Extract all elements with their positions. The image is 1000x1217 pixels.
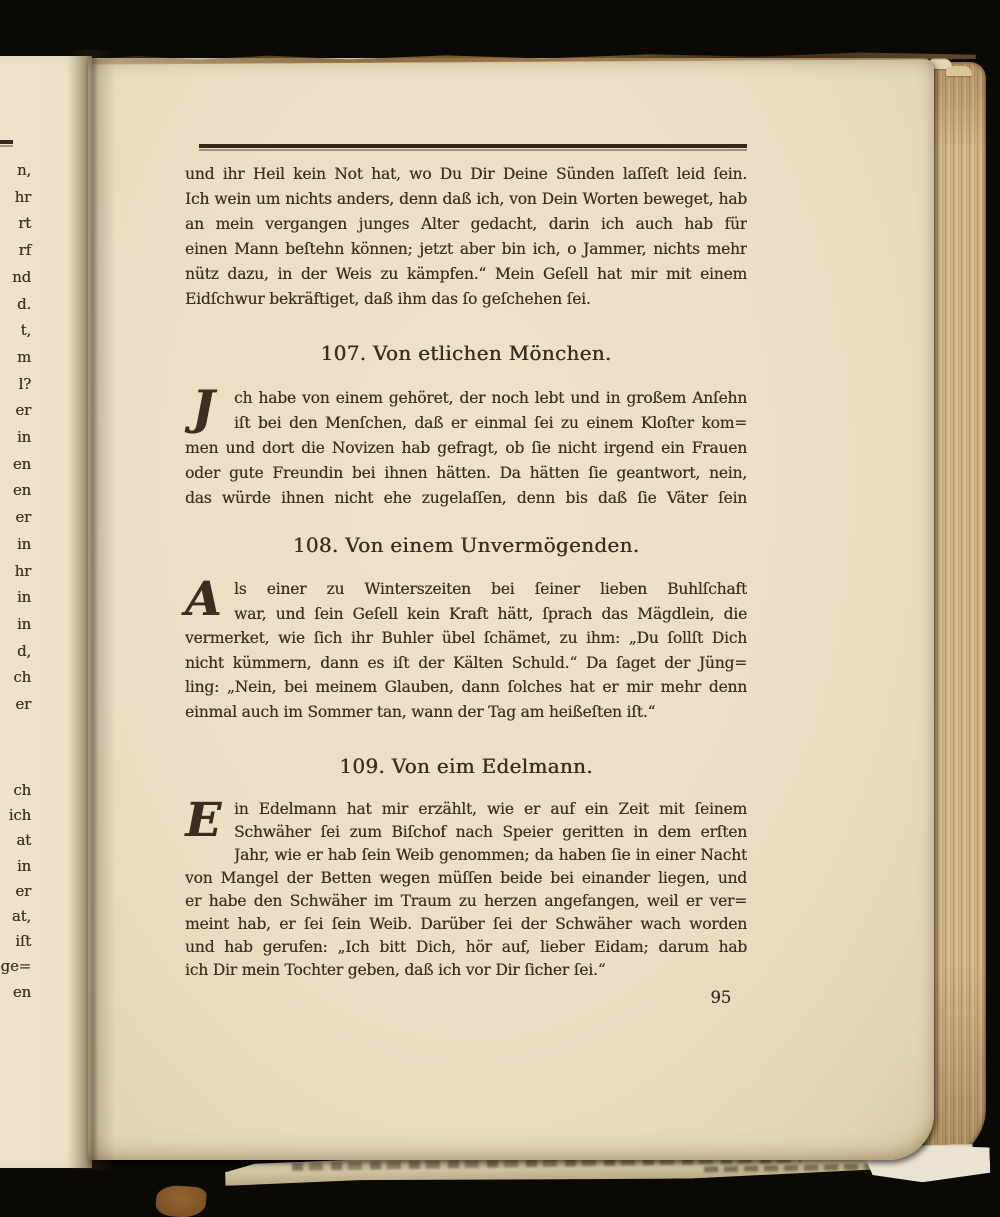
page-content: und ihr Heil kein Not hat, wo Du Dir Dei… (0, 0, 1000, 1217)
paragraph-line: und ihr Heil kein Not hat, wo Du Dir Dei… (185, 162, 747, 187)
section-109-paragraph: E in Edelmann hat mir erzählt, wie er au… (185, 798, 747, 982)
paragraph-line: nütz dazu, in der Weis zu kämpfen.“ Mein… (185, 262, 747, 287)
paragraph-line: in Edelmann hat mir erzählt, wie er auf … (234, 798, 747, 821)
paragraph-line: Jahr, wie er hab ſein Weib genommen; da … (234, 844, 747, 867)
paragraph-line: vermerket, wie ſich ihr Buhler übel ſchä… (185, 626, 747, 651)
section-107-paragraph: J ch habe von einem gehöret, der noch le… (185, 386, 747, 511)
intro-paragraph: und ihr Heil kein Not hat, wo Du Dir Dei… (185, 162, 747, 312)
paragraph-line: oder gute Freundin bei ihnen hätten. Da … (185, 461, 747, 486)
paragraph-line: Eidſchwur bekräftiget, daß ihm das ſo ge… (185, 287, 747, 312)
drop-cap-108: A (181, 577, 225, 626)
paragraph-line: Schwäher ſei zum Biſchof nach Speier ger… (234, 821, 747, 844)
section-108-paragraph: A ls einer zu Winterszeiten bei ſeiner l… (185, 577, 747, 724)
paragraph-line: nicht kümmern, dann es iſt der Kälten Sc… (185, 651, 747, 676)
paragraph-line: er habe den Schwäher im Traum zu herzen … (185, 890, 747, 913)
drop-cap-109: E (181, 798, 225, 847)
paragraph-line: an mein vergangen junges Alter gedacht, … (185, 212, 747, 237)
paragraph-line: Ich wein um nichts anders, denn daß ich,… (185, 187, 747, 212)
section-heading-107: 107. Von etlichen Mönchen. (185, 341, 747, 365)
paragraph-line: von Mangel der Betten wegen müſſen beide… (185, 867, 747, 890)
paragraph-line: ling: „Nein, bei meinem Glauben, dann ſo… (185, 675, 747, 700)
section-heading-109: 109. Von eim Edelmann. (185, 754, 747, 778)
paragraph-line: einmal auch im Sommer tan, wann der Tag … (185, 700, 747, 725)
book-photo: n, hr rt rf nd d. t, m l? er in en en er… (0, 0, 1000, 1217)
paragraph-line: iſt bei den Menſchen, daß er einmal ſei … (234, 411, 747, 436)
drop-cap-107: J (181, 386, 225, 435)
paragraph-line: das würde ihnen nicht ehe zugelaſſen, de… (185, 486, 747, 511)
paragraph-line: und hab gerufen: „Ich bitt Dich, hör auf… (185, 936, 747, 959)
paragraph-line: war, und ſein Geſell kein Kraft hätt, ſp… (234, 602, 747, 627)
paragraph-line: ls einer zu Winterszeiten bei ſeiner lie… (234, 577, 747, 602)
header-rule (199, 144, 747, 152)
paragraph-line: meint hab, er ſei ſein Weib. Darüber ſei… (185, 913, 747, 936)
page-number: 95 (185, 988, 747, 1007)
paragraph-line: ich Dir mein Tochter geben, daß ich vor … (185, 959, 747, 982)
section-heading-108: 108. Von einem Unvermögenden. (185, 533, 747, 557)
paragraph-line: ch habe von einem gehöret, der noch lebt… (234, 386, 747, 411)
paragraph-line: einen Mann beſtehn können; jetzt aber bi… (185, 237, 747, 262)
paragraph-line: men und dort die Novizen hab gefragt, ob… (185, 436, 747, 461)
